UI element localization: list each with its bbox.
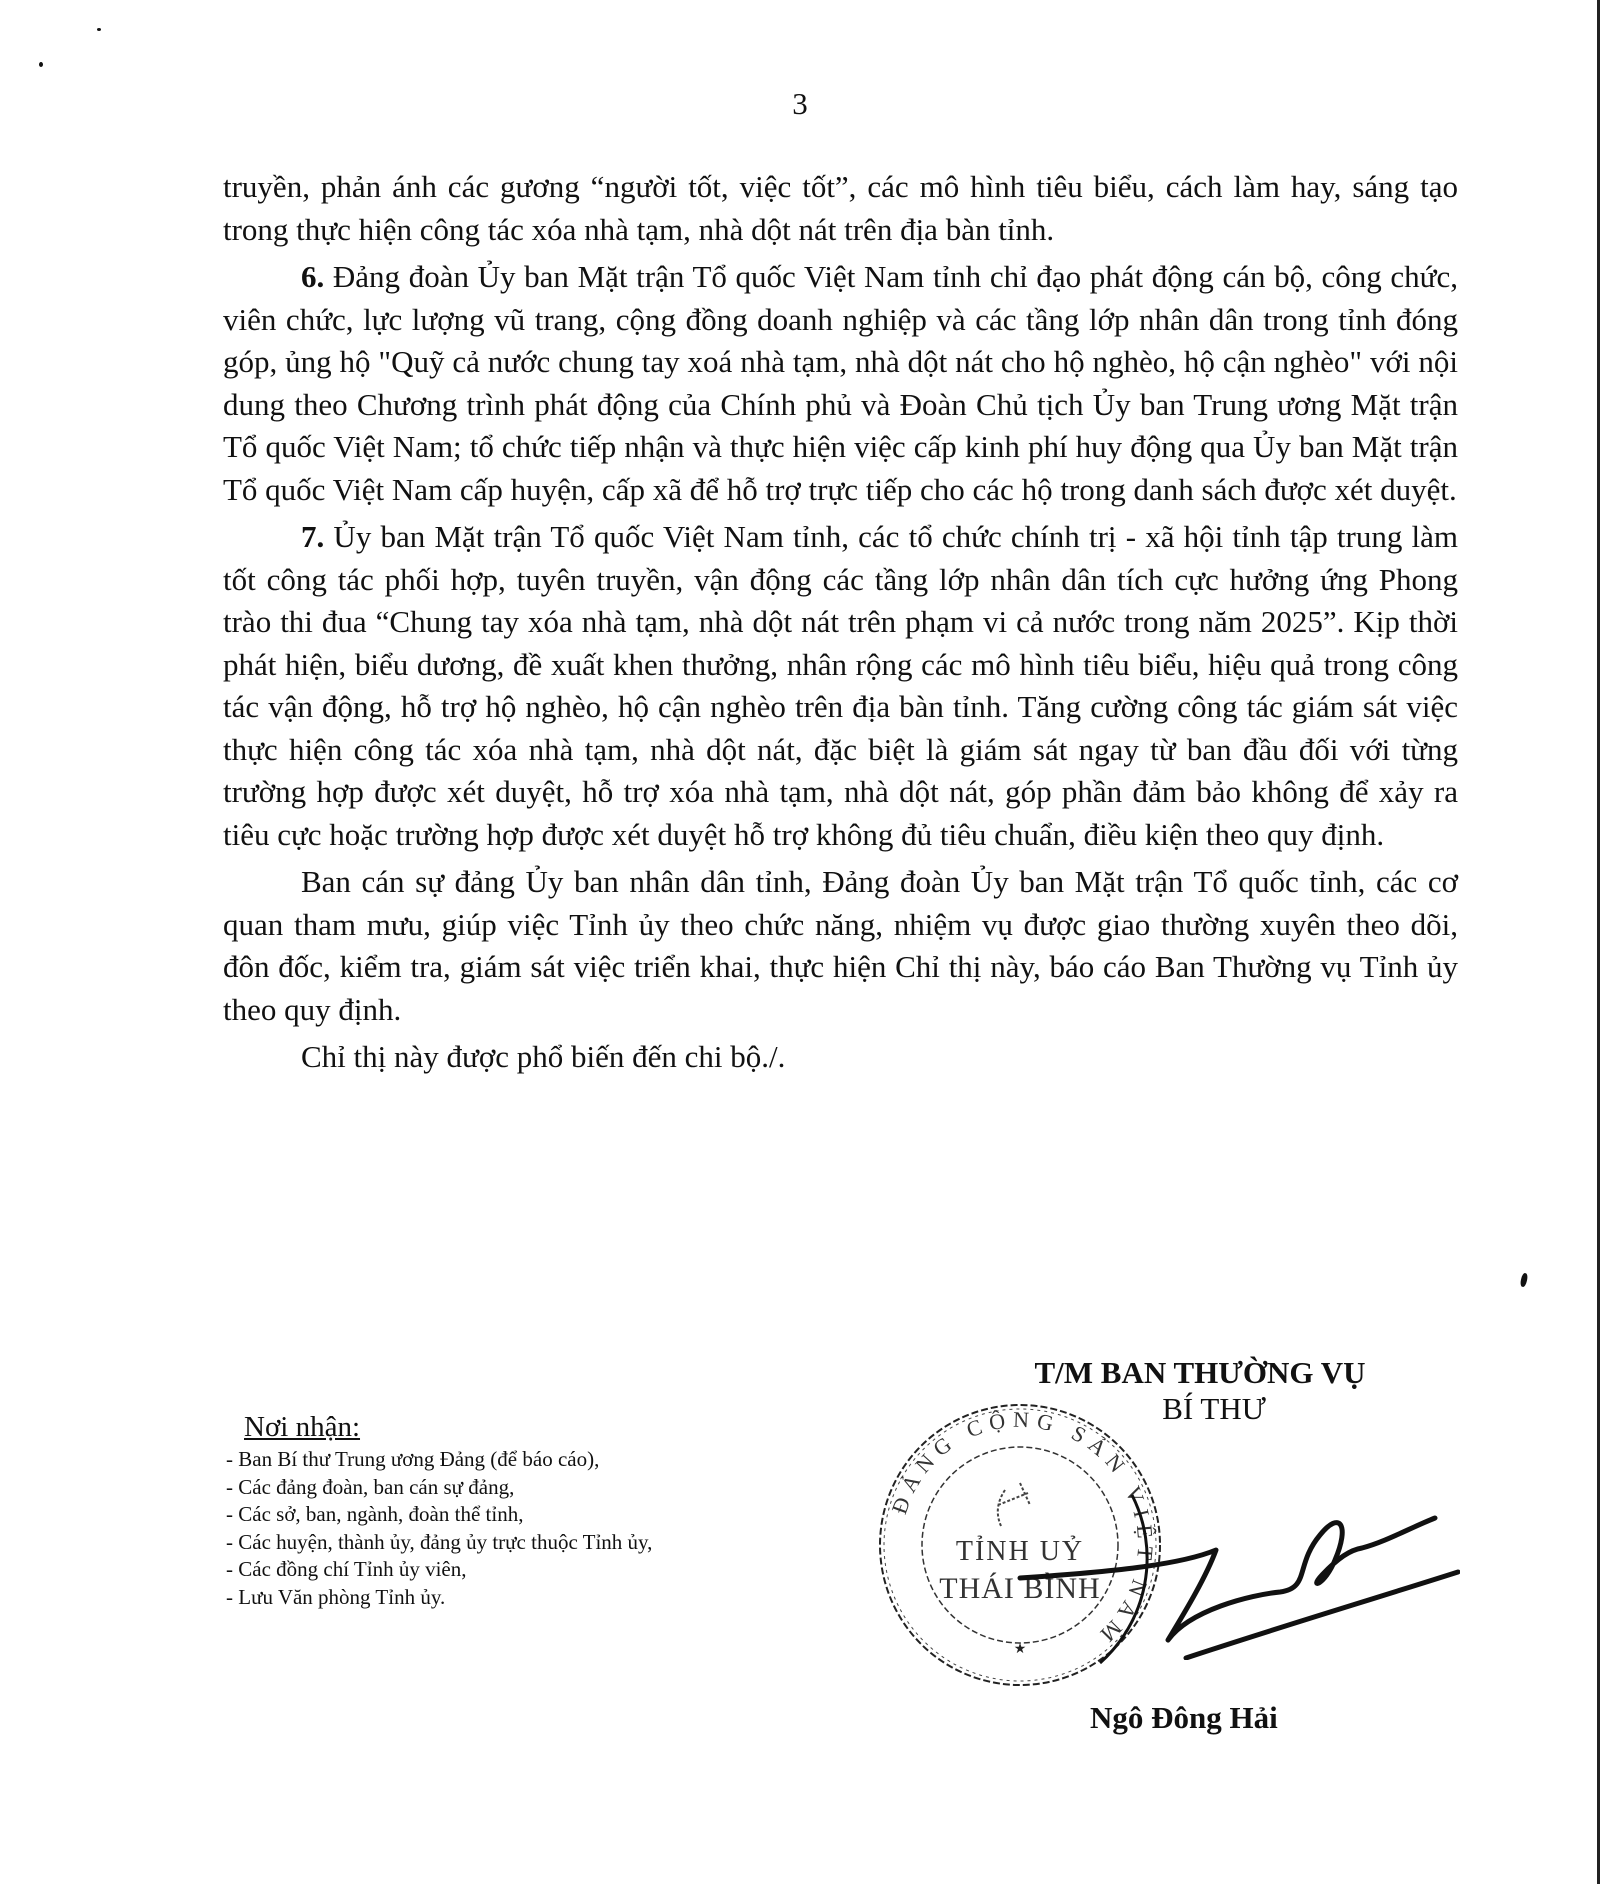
page-number: 3	[0, 86, 1600, 122]
paragraph-6-text: Đảng đoàn Ủy ban Mặt trận Tổ quốc Việt N…	[223, 259, 1458, 507]
recipient-item: - Các đồng chí Tỉnh ủy viên,	[226, 1556, 652, 1584]
recipients-block: Nơi nhận: - Ban Bí thư Trung ương Đảng (…	[226, 1410, 652, 1611]
paragraph-7-text: Ủy ban Mặt trận Tổ quốc Việt Nam tỉnh, c…	[223, 519, 1458, 852]
item-number-6: 6.	[301, 259, 324, 294]
item-number-7: 7.	[301, 519, 324, 554]
handwritten-signature	[990, 1480, 1460, 1660]
scan-mark	[1520, 1273, 1529, 1288]
signature-title: T/M BAN THƯỜNG VỤ	[960, 1355, 1440, 1391]
paragraph-continuation: truyền, phản ánh các gương “người tốt, v…	[223, 166, 1458, 251]
paragraph-6: 6. Đảng đoàn Ủy ban Mặt trận Tổ quốc Việ…	[223, 256, 1458, 511]
paragraph-7: 7. Ủy ban Mặt trận Tổ quốc Việt Nam tỉnh…	[223, 516, 1458, 856]
scan-speck	[39, 62, 43, 67]
recipients-heading: Nơi nhận:	[244, 1410, 652, 1444]
scan-speck	[97, 28, 101, 31]
recipient-item: - Lưu Văn phòng Tỉnh ủy.	[226, 1584, 652, 1612]
document-body: truyền, phản ánh các gương “người tốt, v…	[223, 166, 1458, 1084]
signer-name: Ngô Đông Hải	[1090, 1700, 1278, 1736]
recipient-item: - Các sở, ban, ngành, đoàn thể tỉnh,	[226, 1501, 652, 1529]
recipient-item: - Các huyện, thành ủy, đảng ủy trực thuộ…	[226, 1529, 652, 1557]
paragraph-responsibility: Ban cán sự đảng Ủy ban nhân dân tỉnh, Đả…	[223, 861, 1458, 1031]
recipient-item: - Ban Bí thư Trung ương Đảng (để báo cáo…	[226, 1446, 652, 1474]
paragraph-closing: Chỉ thị này được phổ biến đến chi bộ./.	[223, 1036, 1458, 1079]
recipient-item: - Các đảng đoàn, ban cán sự đảng,	[226, 1474, 652, 1502]
